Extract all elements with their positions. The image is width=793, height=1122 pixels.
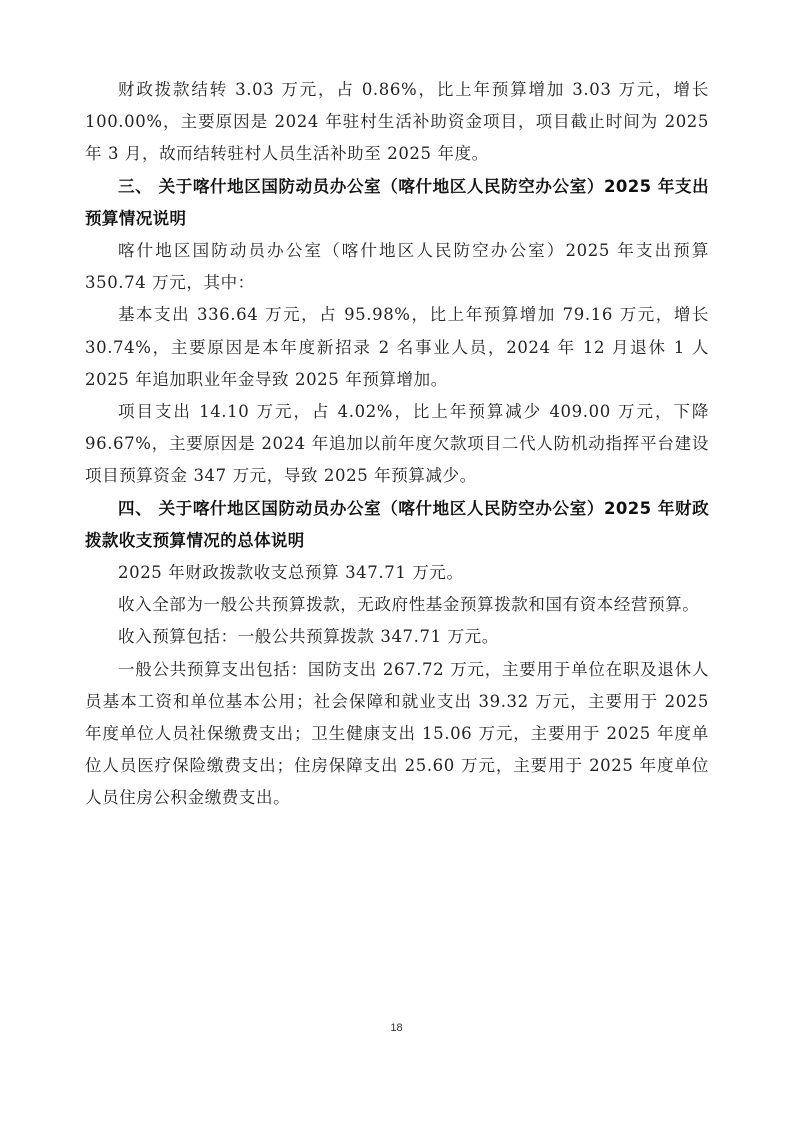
- page-number: 18: [0, 1022, 793, 1034]
- section-heading-3: 三、 关于喀什地区国防动员办公室（喀什地区人民防空办公室）2025 年支出预算情…: [85, 171, 709, 235]
- section-heading-4: 四、 关于喀什地区国防动员办公室（喀什地区人民防空办公室）2025 年财政拨款收…: [85, 493, 709, 557]
- paragraph-carryover: 财政拨款结转 3.03 万元，占 0.86%，比上年预算增加 3.03 万元，增…: [85, 74, 709, 171]
- paragraph-income-budget: 收入预算包括：一般公共预算拨款 347.71 万元。: [85, 621, 709, 653]
- paragraph-basic-expenditure: 基本支出 336.64 万元，占 95.98%，比上年预算增加 79.16 万元…: [85, 299, 709, 396]
- paragraph-public-expenditure: 一般公共预算支出包括：国防支出 267.72 万元，主要用于单位在职及退休人员基…: [85, 654, 709, 815]
- paragraph-expenditure-total: 喀什地区国防动员办公室（喀什地区人民防空办公室）2025 年支出预算 350.7…: [85, 235, 709, 299]
- paragraph-project-expenditure: 项目支出 14.10 万元，占 4.02%，比上年预算减少 409.00 万元，…: [85, 396, 709, 493]
- paragraph-total-budget: 2025 年财政拨款收支总预算 347.71 万元。: [85, 557, 709, 589]
- document-page: 财政拨款结转 3.03 万元，占 0.86%，比上年预算增加 3.03 万元，增…: [85, 74, 709, 815]
- paragraph-income-source: 收入全部为一般公共预算拨款，无政府性基金预算拨款和国有资本经营预算。: [85, 589, 709, 621]
